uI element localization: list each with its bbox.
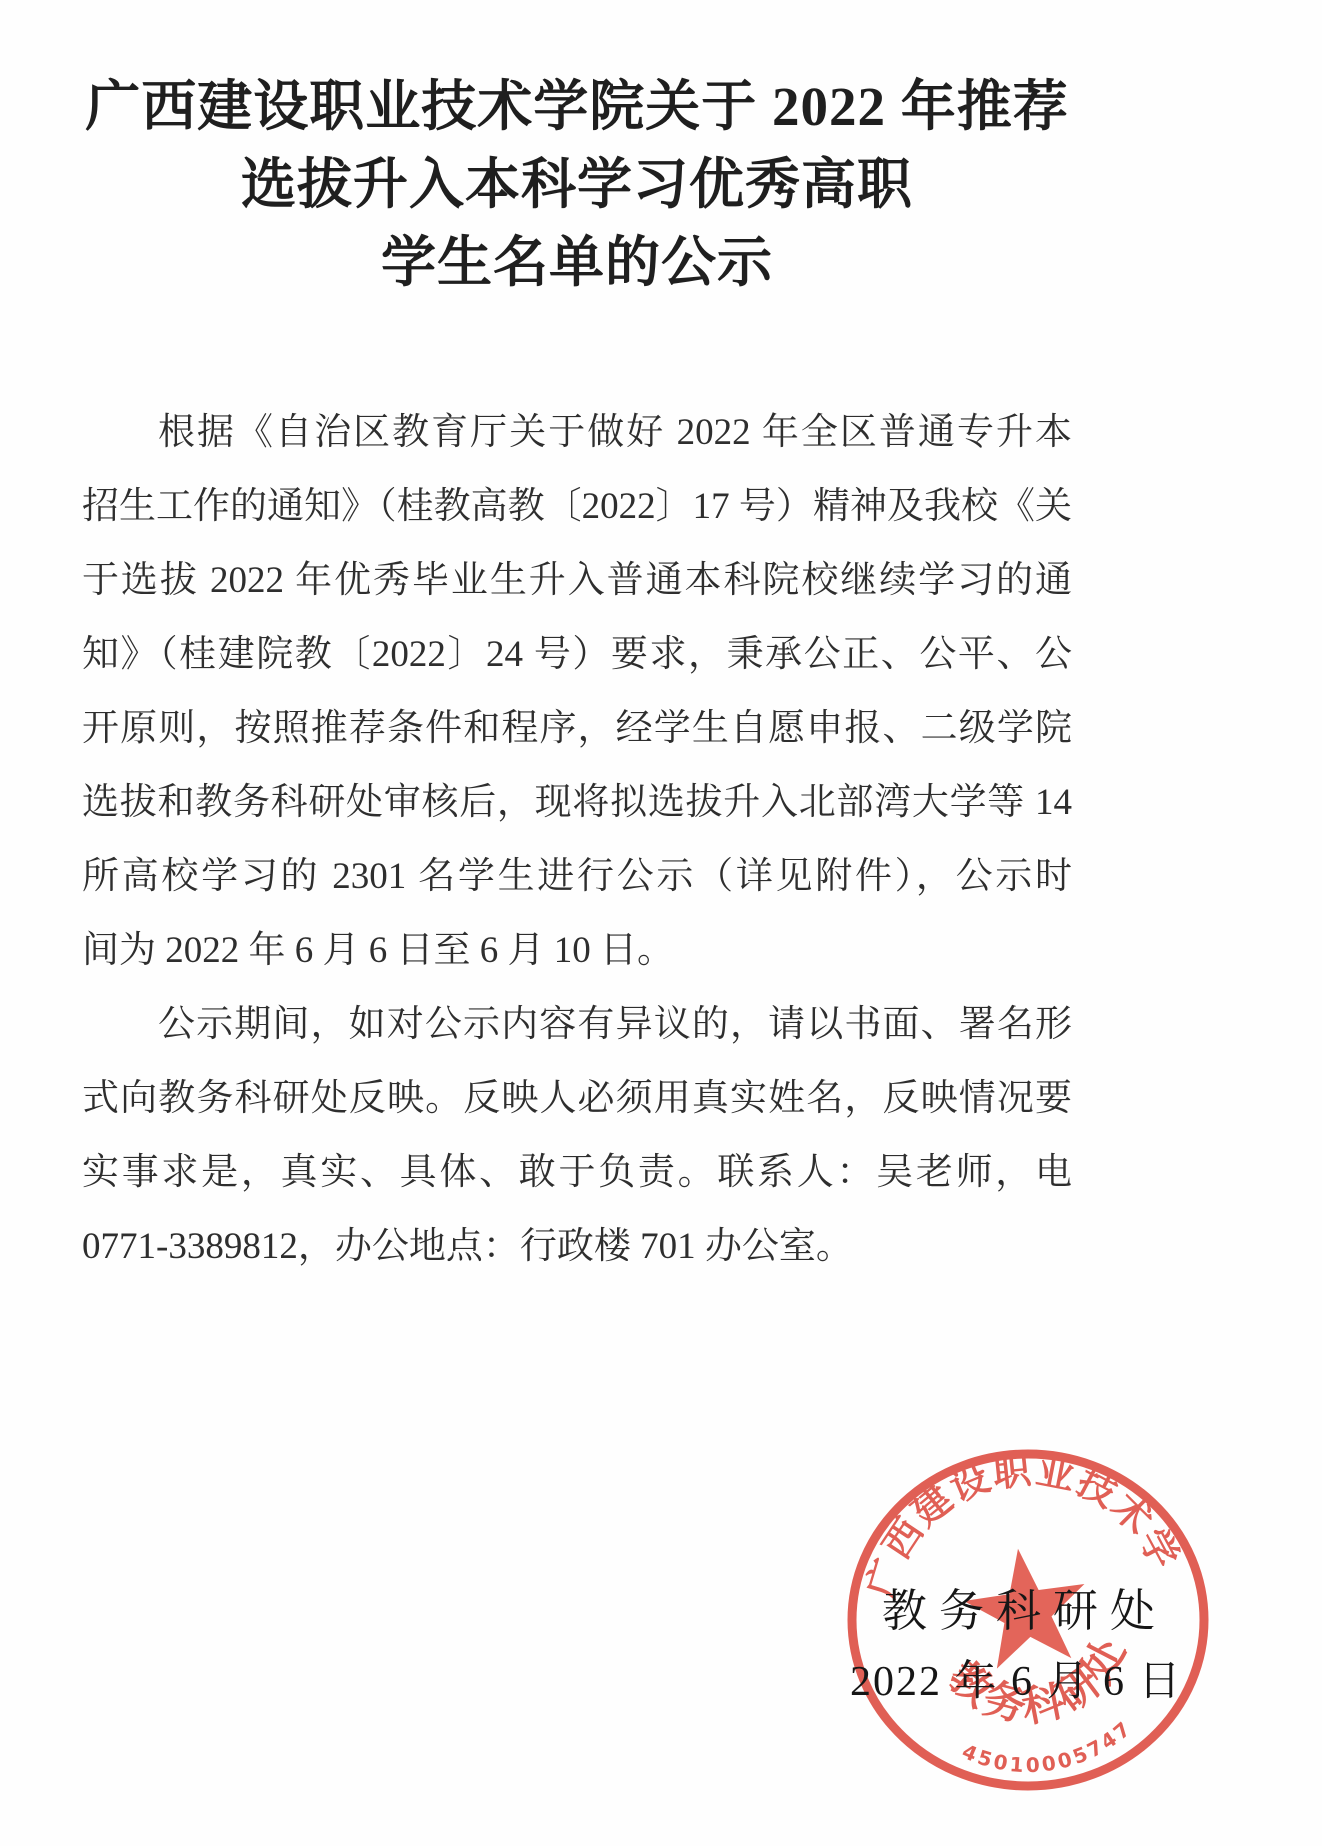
title-line-1: 广西建设职业技术学院关于 2022 年推荐 [82, 68, 1072, 146]
title-line-3: 学生名单的公示 [82, 224, 1072, 302]
body-line: 根据《自治区教育厅关于做好 2022 年全区普通专升本 [82, 396, 1072, 470]
body-line: 于选拔 2022 年优秀毕业生升入普通本科院校继续学习的通 [82, 544, 1072, 618]
body-line: 间为 2022 年 6 月 6 日至 6 月 10 日。 [82, 914, 1072, 988]
body-line: 知》（桂建院教〔2022〕24 号）要求，秉承公正、公平、公 [82, 618, 1072, 692]
signature-department: 教务科研处 [882, 1574, 1167, 1639]
document-title: 广西建设职业技术学院关于 2022 年推荐 选拔升入本科学习优秀高职 学生名单的… [82, 0, 1072, 302]
title-line-2: 选拔升入本科学习优秀高职 [82, 146, 1072, 224]
body-line: 招生工作的通知》（桂教高教〔2022〕17 号）精神及我校《关 [82, 470, 1072, 544]
paragraph-contact: 公示期间，如对公示内容有异议的，请以书面、署名形 式向教务科研处反映。反映人必须… [82, 988, 1072, 1284]
signature-date: 2022 年 6 月 6 日 [850, 1648, 1183, 1708]
body-line: 公示期间，如对公示内容有异议的，请以书面、署名形 [82, 988, 1072, 1062]
body-line: 所高校学习的 2301 名学生进行公示（详见附件），公示时 [82, 840, 1072, 914]
body-line: 实事求是，真实、具体、敢于负责。联系人：吴老师，电话： [82, 1136, 1072, 1210]
body-line: 0771-3389812，办公地点：行政楼 701 办公室。 [82, 1210, 1072, 1284]
body-line: 选拔和教务科研处审核后，现将拟选拔升入北部湾大学等 14 [82, 766, 1072, 840]
body-line: 开原则，按照推荐条件和程序，经学生自愿申报、二级学院 [82, 692, 1072, 766]
document-body: 根据《自治区教育厅关于做好 2022 年全区普通专升本 招生工作的通知》（桂教高… [82, 396, 1072, 1284]
body-line: 式向教务科研处反映。反映人必须用真实姓名，反映情况要 [82, 1062, 1072, 1136]
paragraph-announcement: 根据《自治区教育厅关于做好 2022 年全区普通专升本 招生工作的通知》（桂教高… [82, 396, 1072, 988]
document-page: 广西建设职业技术学院关于 2022 年推荐 选拔升入本科学习优秀高职 学生名单的… [0, 0, 1322, 1846]
